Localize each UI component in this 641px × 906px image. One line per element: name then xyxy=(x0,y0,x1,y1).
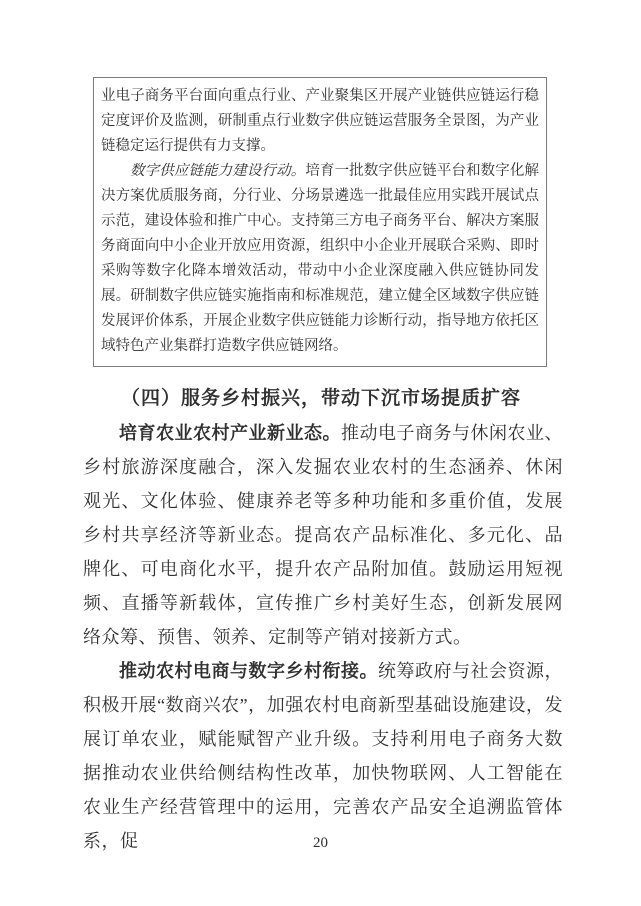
box-paragraph-text: 业电子商务平台面向重点行业、产业聚集区开展产业链供应链运行稳定度评价及监测，研制… xyxy=(101,88,539,154)
paragraph-rural-ecommerce: 推动农村电商与数字乡村衔接。统筹政府与社会资源，积极开展“数商兴农”，加强农村电… xyxy=(83,654,563,858)
paragraph-lead: 推动农村电商与数字乡村衔接。 xyxy=(119,661,378,681)
paragraph-lead: 培育农业农村产业新业态。 xyxy=(119,423,341,443)
section-heading: （四）服务乡村振兴，带动下沉市场提质扩容 xyxy=(83,382,563,416)
action-body: 培育一批数字供应链平台和数字化解决方案优质服务商，分行业、分场景遴选一批最佳应用… xyxy=(101,163,539,354)
action-title: 数字供应链能力建设行动。 xyxy=(130,163,305,179)
paragraph-body: 推动电子商务与休闲农业、乡村旅游深度融合，深入发掘农业农村的生态涵养、休闲观光、… xyxy=(83,423,563,647)
paragraph-new-agriculture: 培育农业农村产业新业态。推动电子商务与休闲农业、乡村旅游深度融合，深入发掘农业农… xyxy=(83,416,563,654)
box-paragraph-continuation: 业电子商务平台面向重点行业、产业聚集区开展产业链供应链运行稳定度评价及监测，研制… xyxy=(101,84,539,159)
box-paragraph-action: 数字供应链能力建设行动。培育一批数字供应链平台和数字化解决方案优质服务商，分行业… xyxy=(101,159,539,359)
document-page: 业电子商务平台面向重点行业、产业聚集区开展产业链供应链运行稳定度评价及监测，研制… xyxy=(0,0,641,906)
boxed-text-block: 业电子商务平台面向重点行业、产业聚集区开展产业链供应链运行稳定度评价及监测，研制… xyxy=(93,77,547,367)
page-number: 20 xyxy=(0,835,641,852)
page-content: 业电子商务平台面向重点行业、产业聚集区开展产业链供应链运行稳定度评价及监测，研制… xyxy=(83,77,563,858)
paragraph-body: 统筹政府与社会资源，积极开展“数商兴农”，加强农村电商新型基础设施建设，发展订单… xyxy=(83,661,563,851)
